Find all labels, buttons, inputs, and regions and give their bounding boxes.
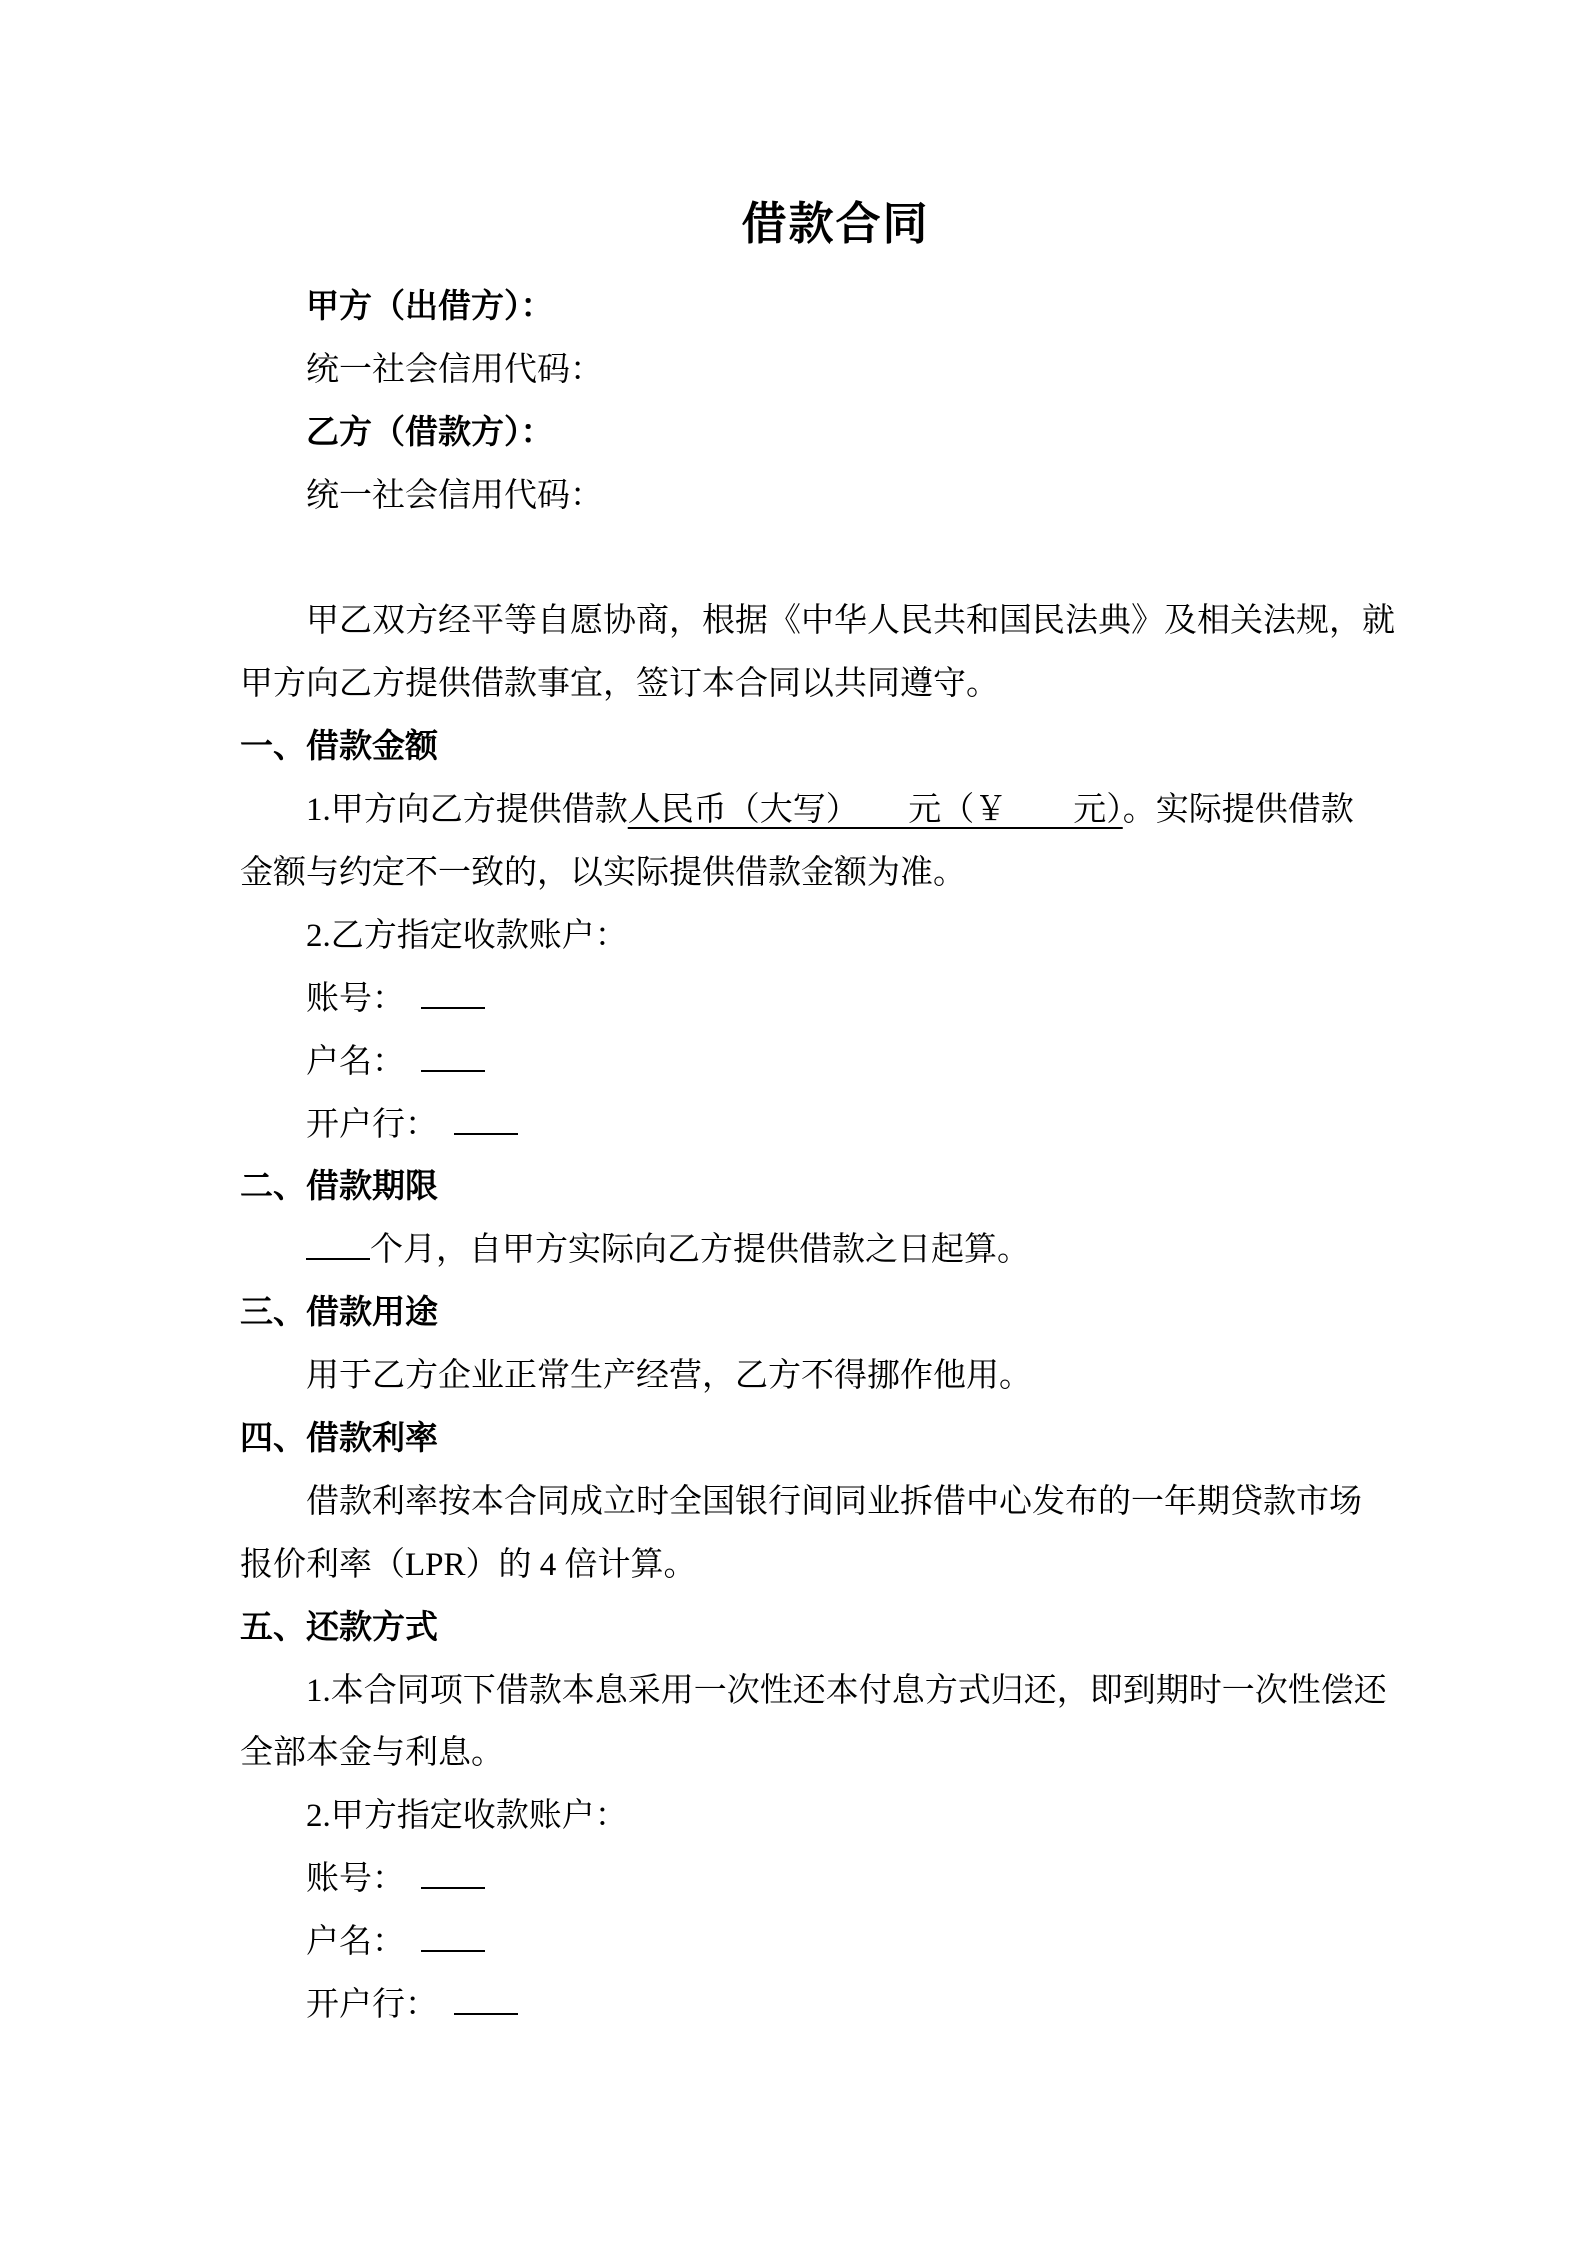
text-segment: 。实际提供借款 [1123, 792, 1354, 828]
spacer-line [240, 528, 1347, 591]
fill-in-blank [306, 1225, 370, 1260]
field-account-name-b: 户名： [240, 1031, 1347, 1094]
text-segment: 二、借款期限 [240, 1169, 438, 1205]
clause-repayment-line-1: 1.本合同项下借款本息采用一次性还本付息方式归还，即到期时一次性偿还 [240, 1660, 1347, 1723]
text-segment: 一、借款金额 [240, 729, 438, 765]
clause-rate-line-2: 报价利率（LPR）的 4 倍计算。 [240, 1534, 1347, 1597]
clause-repayment-line-2: 全部本金与利息。 [240, 1722, 1347, 1785]
text-segment: 甲方向乙方提供借款事宜，签订本合同以共同遵守。 [240, 666, 999, 702]
text-segment: 全部本金与利息。 [240, 1735, 504, 1771]
clause-party-a-account: 2.甲方指定收款账户： [240, 1785, 1347, 1848]
field-account-number-a: 账号： [240, 1848, 1347, 1911]
text-segment: 户名： [306, 1044, 405, 1080]
text-segment: 统一社会信用代码： [306, 478, 603, 514]
clause-amount-line-1: 1.甲方向乙方提供借款人民币（大写） 元（￥ 元）。实际提供借款 [240, 779, 1347, 842]
clause-amount-line-2: 金额与约定不一致的，以实际提供借款金额为准。 [240, 842, 1347, 905]
section-4-heading: 四、借款利率 [240, 1408, 1347, 1471]
text-segment: 甲方（出借方）： [306, 289, 554, 325]
text-segment: 个月，自甲方实际向乙方提供借款之日起算。 [370, 1232, 1030, 1268]
text-segment: 账号： [306, 1861, 405, 1897]
section-5-heading: 五、还款方式 [240, 1597, 1347, 1660]
document-title: 借款合同 [240, 188, 1347, 260]
fill-in-blank [421, 1854, 485, 1889]
clause-purpose: 用于乙方企业正常生产经营，乙方不得挪作他用。 [240, 1345, 1347, 1408]
fill-in-blank [421, 1917, 485, 1952]
text-segment: 借款利率按本合同成立时全国银行间同业拆借中心发布的一年期贷款市场 [306, 1484, 1362, 1520]
field-bank-branch-b: 开户行： [240, 1094, 1347, 1157]
text-segment: 账号： [306, 981, 405, 1017]
clause-party-b-account: 2.乙方指定收款账户： [240, 905, 1347, 968]
section-2-heading: 二、借款期限 [240, 1156, 1347, 1219]
clause-term: 个月，自甲方实际向乙方提供借款之日起算。 [240, 1219, 1347, 1282]
text-segment: 1.本合同项下借款本息采用一次性还本付息方式归还，即到期时一次性偿还 [306, 1673, 1387, 1709]
preamble-line-2: 甲方向乙方提供借款事宜，签订本合同以共同遵守。 [240, 653, 1347, 716]
field-account-name-a: 户名： [240, 1911, 1347, 1974]
text-segment: 三、借款用途 [240, 1295, 438, 1331]
fill-in-blank [454, 1100, 518, 1135]
fill-in-blank [421, 974, 485, 1009]
contract-document-page: 借款合同 甲方（出借方）：统一社会信用代码：乙方（借款方）：统一社会信用代码：甲… [0, 0, 1587, 2245]
section-3-heading: 三、借款用途 [240, 1282, 1347, 1345]
field-bank-branch-a: 开户行： [240, 1974, 1347, 2037]
field-account-number-b: 账号： [240, 968, 1347, 1031]
fill-in-blank [421, 1037, 485, 1072]
text-segment: 开户行： [306, 1987, 438, 2023]
text-segment: 开户行： [306, 1107, 438, 1143]
text-segment: 五、还款方式 [240, 1610, 438, 1646]
text-segment: 统一社会信用代码： [306, 352, 603, 388]
text-segment: 四、借款利率 [240, 1421, 438, 1457]
text-segment: 金额与约定不一致的，以实际提供借款金额为准。 [240, 855, 966, 891]
text-segment: 报价利率（LPR）的 4 倍计算。 [240, 1547, 697, 1583]
party-a-label: 甲方（出借方）： [240, 276, 1347, 339]
text-segment: 用于乙方企业正常生产经营，乙方不得挪作他用。 [306, 1358, 1032, 1394]
party-b-credit-code: 统一社会信用代码： [240, 465, 1347, 528]
preamble-line-1: 甲乙双方经平等自愿协商，根据《中华人民共和国民法典》及相关法规，就 [240, 590, 1347, 653]
fill-in-blank [454, 1980, 518, 2015]
text-segment: 户名： [306, 1924, 405, 1960]
party-b-label: 乙方（借款方）： [240, 402, 1347, 465]
clause-rate-line-1: 借款利率按本合同成立时全国银行间同业拆借中心发布的一年期贷款市场 [240, 1471, 1347, 1534]
party-a-credit-code: 统一社会信用代码： [240, 339, 1347, 402]
text-segment: 2.乙方指定收款账户： [306, 918, 628, 954]
text-segment: 人民币（大写） 元（￥ 元） [628, 792, 1123, 828]
section-1-heading: 一、借款金额 [240, 716, 1347, 779]
document-body: 甲方（出借方）：统一社会信用代码：乙方（借款方）：统一社会信用代码：甲乙双方经平… [240, 276, 1347, 2037]
text-segment: 甲乙双方经平等自愿协商，根据《中华人民共和国民法典》及相关法规，就 [306, 603, 1395, 639]
text-segment: 1.甲方向乙方提供借款 [306, 792, 628, 828]
text-segment: 乙方（借款方）： [306, 415, 554, 451]
text-segment: 2.甲方指定收款账户： [306, 1798, 628, 1834]
